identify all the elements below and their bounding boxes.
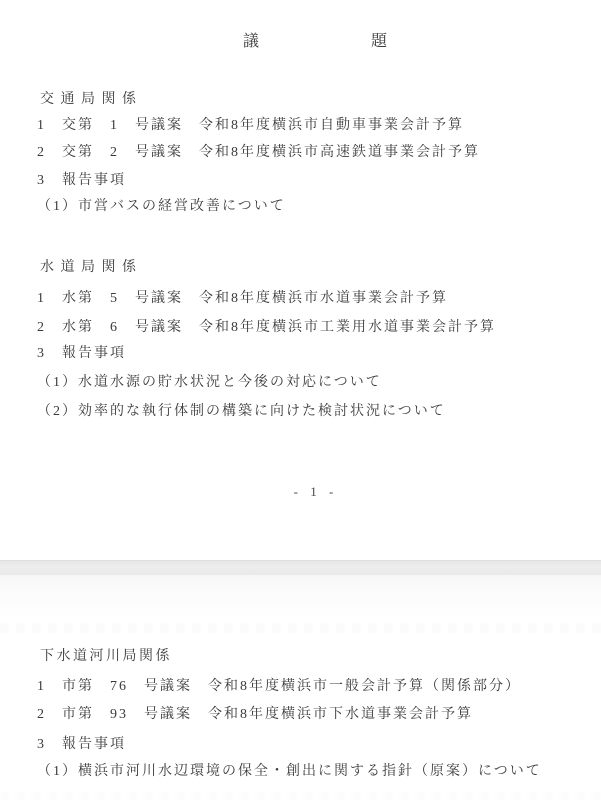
title-char-right: 題: [371, 28, 387, 51]
agenda-line: （1）水道水源の貯水状況と今後の対応について: [37, 374, 382, 392]
page-2: 下水道河川局関係 1 市第 76 号議案 令和8年度横浜市一般会計予算（関係部分…: [0, 575, 601, 800]
agenda-line: 1 水第 5 号議案 令和8年度横浜市水道事業会計予算: [37, 290, 448, 308]
document-title: 議 題: [243, 28, 387, 51]
scan-artifact: [0, 623, 601, 633]
agenda-line: （1）横浜市河川水辺環境の保全・創出に関する指針（原案）について: [37, 763, 542, 781]
agenda-line: 1 市第 76 号議案 令和8年度横浜市一般会計予算（関係部分）: [37, 678, 521, 696]
section-heading-transport: 交通局関係: [40, 91, 143, 109]
agenda-line: 2 水第 6 号議案 令和8年度横浜市工業用水道事業会計予算: [37, 319, 496, 337]
section-heading-water: 水道局関係: [40, 259, 143, 277]
agenda-line: 2 市第 93 号議案 令和8年度横浜市下水道事業会計予算: [37, 706, 473, 724]
agenda-line: 3 報告事項: [37, 172, 126, 190]
agenda-line: 1 交第 1 号議案 令和8年度横浜市自動車事業会計予算: [37, 117, 464, 135]
agenda-line: （1）市営バスの経営改善について: [37, 198, 286, 216]
page-number: - 1 -: [0, 484, 601, 500]
page-1: 議 題 交通局関係 1 交第 1 号議案 令和8年度横浜市自動車事業会計予算 2…: [0, 0, 601, 560]
document-viewer: { "document": { "title": { "left": "議", …: [0, 0, 601, 800]
agenda-line: （2）効率的な執行体制の構築に向けた検討状況について: [37, 403, 446, 421]
page-gap: [0, 560, 601, 575]
agenda-line: 3 報告事項: [37, 736, 126, 754]
agenda-line: 2 交第 2 号議案 令和8年度横浜市高速鉄道事業会計予算: [37, 144, 480, 162]
title-char-left: 議: [243, 28, 259, 51]
scan-artifact: [0, 791, 601, 800]
section-heading-sewerage: 下水道河川局関係: [40, 648, 172, 666]
agenda-line: 3 報告事項: [37, 345, 126, 363]
